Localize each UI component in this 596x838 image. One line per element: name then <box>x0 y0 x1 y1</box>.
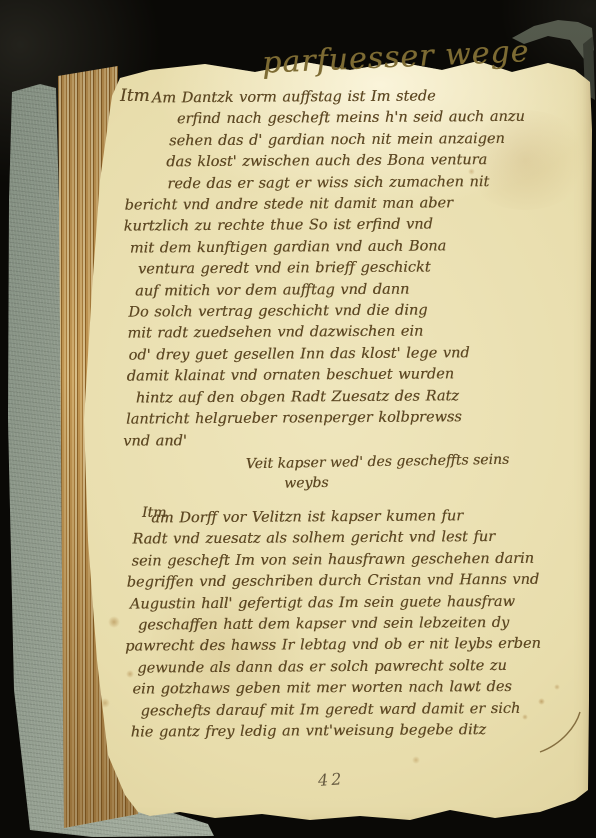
foxing-spot <box>100 698 110 708</box>
pen-flourish <box>536 710 584 756</box>
foxing-spot <box>412 756 420 764</box>
entry2-subheading: Veit kapser wed' des gescheffts seins we… <box>246 450 510 495</box>
manuscript-line: sehen das d' gardian noch nit mein anzai… <box>169 128 587 152</box>
folio-page-number: 42 <box>317 769 345 790</box>
manuscript-line: pawrecht des hawss Ir lebtag vnd ob er n… <box>125 634 588 659</box>
manuscript-line: rede das er sagt er wiss sich zumachen n… <box>167 171 587 195</box>
manuscript-line: erfind nach gescheft meins h'n seid auch… <box>177 107 587 131</box>
entry-2: am Dorff vor Velitzn ist kapser kumen fu… <box>119 505 589 744</box>
entry-1: Am Dantzk vorm auffstag ist Im stede erf… <box>119 85 590 452</box>
manuscript-line: gewunde als dann das er solch pawrecht s… <box>137 655 588 680</box>
manuscript-line: vnd and' <box>123 428 589 453</box>
manuscript-line: begriffen vnd geschriben durch Cristan v… <box>127 570 588 595</box>
manuscript-line: am Dorff vor Velitzn ist kapser kumen fu… <box>151 505 587 529</box>
manuscript-line: hie gantz frey ledig an vnt'weisung bege… <box>131 719 589 744</box>
manuscript-photo: parfuesser wege Itm Am Dantzk vorm auffs… <box>0 0 596 838</box>
manuscript-line: geschaffen hatt dem kapser vnd sein lebz… <box>138 612 588 637</box>
foxing-spot <box>108 616 120 628</box>
manuscript-line: das klost' zwischen auch des Bona ventur… <box>166 150 587 174</box>
manuscript-line: weybs <box>284 470 510 494</box>
manuscript-line: auf mitich vor dem aufftag vnd dann <box>135 278 588 303</box>
manuscript-line: hintz auf den obgen Radt Zuesatz des Rat… <box>136 385 589 410</box>
manuscript-line: Am Dantzk vorm auffstag ist Im stede <box>152 85 587 109</box>
manuscript-line: ventura geredt vnd ein brieff geschickt <box>138 257 588 282</box>
manuscript-line: geschefts darauf mit Im geredt ward dami… <box>141 698 589 723</box>
